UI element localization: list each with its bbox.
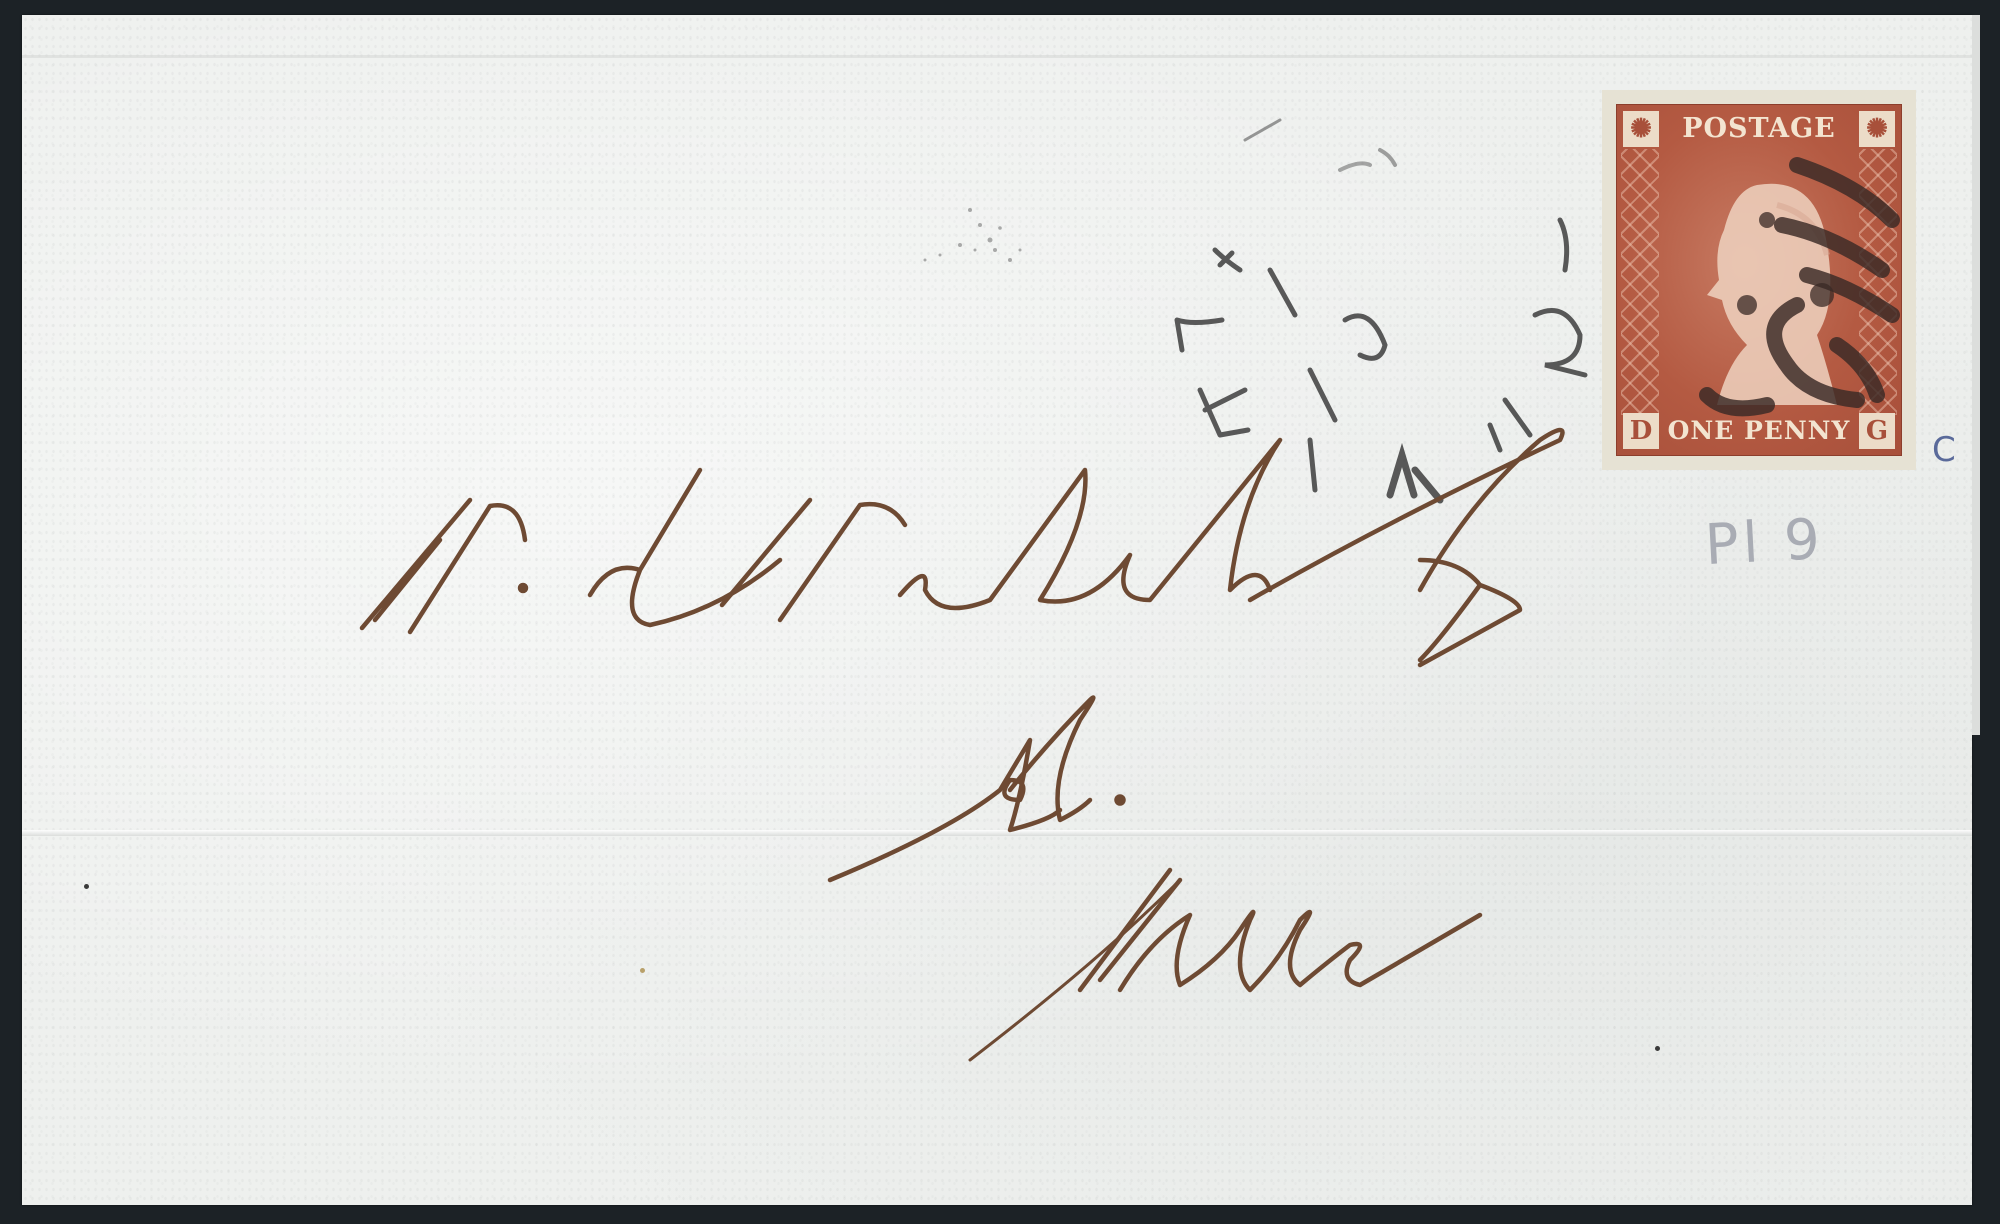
star-ornament-icon: ✺ — [1859, 111, 1895, 147]
star-ornament-icon: ✺ — [1623, 111, 1659, 147]
stamp-design: ✺ ✺ D G POSTAGE ONE PENNY — [1616, 104, 1902, 456]
postmark — [1150, 80, 1610, 520]
address-line-3: Wells — [0, 0, 3, 1]
penny-red-stamp: ✺ ✺ D G POSTAGE ONE PENNY — [1602, 90, 1916, 470]
cover-flap-edge — [1972, 15, 1980, 735]
paper-speck — [1655, 1046, 1660, 1051]
paper-speck — [84, 884, 89, 889]
stamp-postage-label: POSTAGE — [1663, 109, 1855, 149]
fold-crease — [22, 830, 1972, 836]
top-fold-crease — [22, 55, 1972, 58]
offset-marking — [900, 150, 1120, 290]
corner-letter-left: D — [1623, 413, 1659, 449]
numeral-cancel — [1687, 145, 1907, 425]
stamp-side-ornament-left — [1621, 149, 1659, 415]
paper-speck — [640, 968, 645, 973]
pencil-plate-note: Pl 9 — [1703, 507, 1825, 578]
pencil-mark: C — [1932, 430, 1956, 470]
